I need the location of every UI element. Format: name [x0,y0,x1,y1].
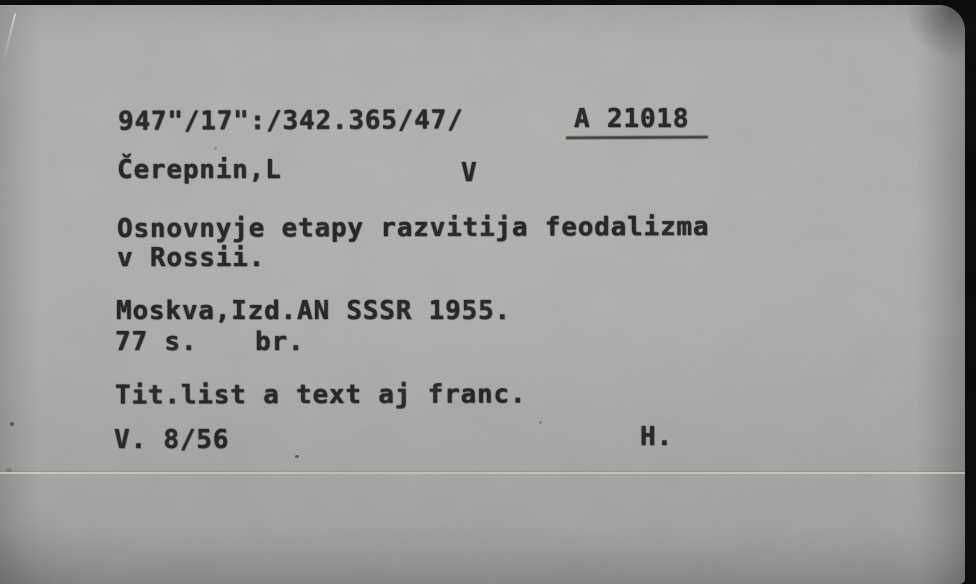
title-line-1: Osnovnyje etapy razvitija feodalizma [117,214,709,242]
date-code: V. 8/56 [114,427,229,453]
title-line-2: v Rossii. [117,245,265,271]
language-note: Tit.list a text aj franc. [115,381,526,408]
catalog-card: 947"/17":/342.365/47/ A 21018 Čerepnin,L… [0,5,965,584]
ink-speck [539,421,542,424]
ink-speck [295,455,299,458]
imprint-line: Moskva,Izd.AN SSSR 1955. [116,298,511,324]
card-shading [0,5,965,584]
cutter-letter: V [461,160,477,186]
paper-scratch [2,14,17,65]
binding-note: br. [255,329,304,355]
classification-number: 947"/17":/342.365/47/ [118,107,464,135]
author-name: Čerepnin,L [117,157,282,183]
scanned-catalog-card-image: 947"/17":/342.365/47/ A 21018 Čerepnin,L… [0,0,976,584]
accession-number: A 21018 [574,106,689,132]
ink-speck [6,468,12,472]
accession-underline [566,136,708,140]
extent-pages: 77 s. [115,329,197,355]
cataloguer-initials: H. [640,424,673,450]
ink-speck [10,422,14,426]
paper-crease-line [0,472,965,474]
ink-speck [214,147,217,150]
